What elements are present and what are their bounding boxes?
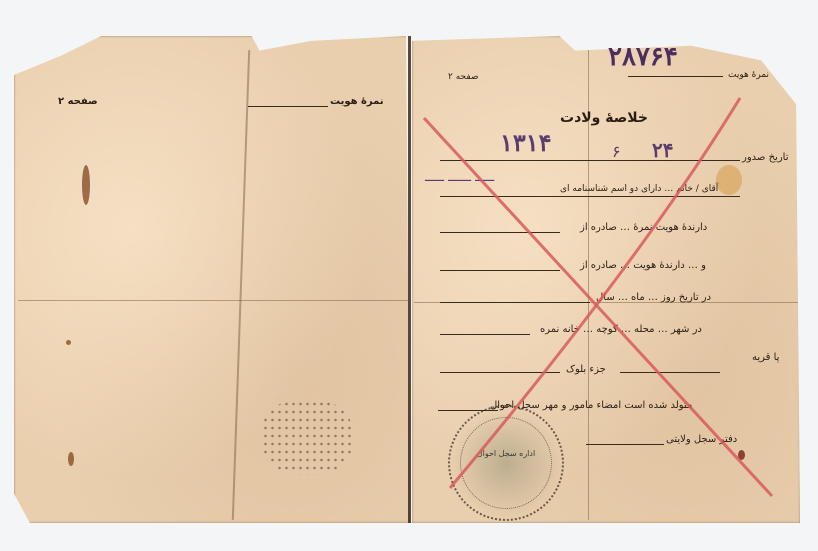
left-id-number-line: [248, 106, 328, 107]
faded-stamp-speckle: [262, 400, 352, 475]
rust-stain: [68, 452, 74, 466]
red-cross-out-mark: [412, 36, 800, 523]
left-page-label: صفحه ۲: [58, 96, 98, 107]
left-id-number-label: نمرهٔ هویت: [330, 96, 384, 107]
crease-left-horizontal: [18, 300, 408, 301]
rust-stain: [82, 165, 90, 205]
rust-stain: [66, 340, 71, 345]
book-spine: [408, 36, 411, 523]
